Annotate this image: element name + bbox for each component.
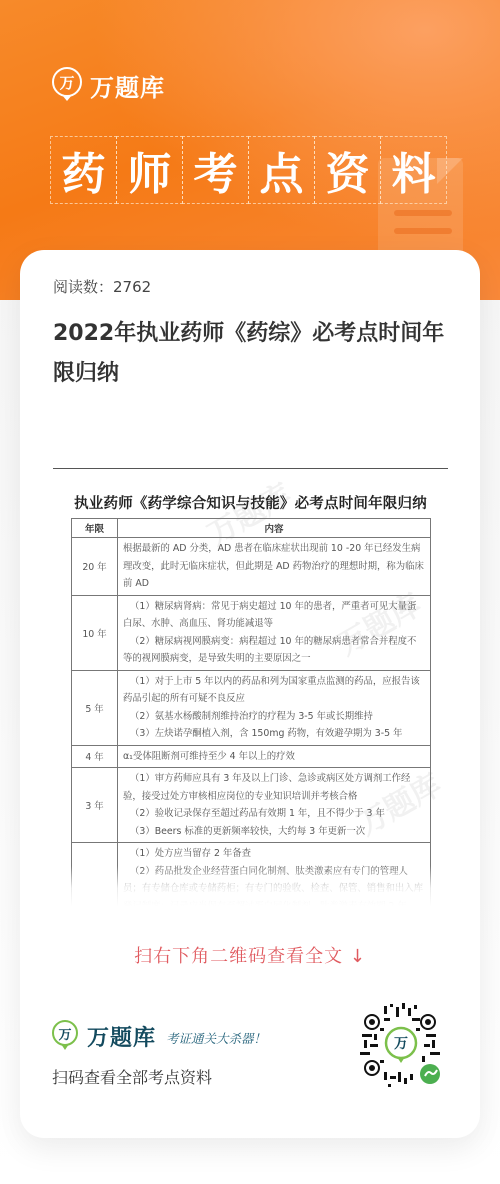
content-item: （2）验收记录保存至超过药品有效期 1 年，且不得少于 3 年 <box>123 805 425 823</box>
article-title: 2022年执业药师《药综》必考点时间年限归纳 <box>53 314 453 394</box>
table-row: 20 年 根据最新的 AD 分类，AD 患者在临床症状出现前 10 -20 年已… <box>72 538 431 596</box>
content-item: （2）糖尿病视网膜病变：病程超过 10 年的糖尿病患者常合并程度不等的视网膜病变… <box>123 633 425 668</box>
year-cell: 5 年 <box>72 670 118 745</box>
content-item: （3）左炔诺孕酮植入剂，含 150mg 药物，有效避孕期为 3-5 年 <box>123 725 425 743</box>
table-row: 10 年 （1）糖尿病肾病：常见于病史超过 10 年的患者，严重者可见大量蛋白尿… <box>72 595 431 670</box>
column-header-year: 年限 <box>72 519 118 538</box>
content-item: 根据最新的 AD 分类，AD 患者在临床症状出现前 10 -20 年已经发生病理… <box>123 540 425 593</box>
hero-title: 药 师 考 点 资 料 <box>50 136 446 204</box>
footer-brand: 万 万题库 考证通关大杀器！ <box>52 1020 266 1052</box>
content-item: （1）处方应当留存 2 年备查 <box>123 845 425 863</box>
hero-title-char: 师 <box>116 136 183 204</box>
column-header-content: 内容 <box>118 519 431 538</box>
divider <box>53 468 448 469</box>
content-item: （2）氨基水杨酸制剂维持治疗的疗程为 3-5 年或长期维持 <box>123 708 425 726</box>
qr-center-glyph: 万 <box>394 1036 408 1052</box>
content-item: （3）Beers 标准的更新频率较快，大约每 3 年更新一次 <box>123 823 425 841</box>
content-item: （1）对于上市 5 年以内的药品和列为国家重点监测的药品，应报告该药品引起的所有… <box>123 673 425 708</box>
mini-program-icon <box>420 1064 440 1084</box>
table-row: 4 年 α₁受体阻断剂可维持至少 4 年以上的疗效 <box>72 745 431 768</box>
scan-qr-hint: 扫右下角二维码查看全文 ↓ <box>20 942 480 968</box>
hero-title-char: 资 <box>314 136 381 204</box>
table-row: 3 年 （1）审方药师应具有 3 年及以上门诊、急诊或病区处方调剂工作经验，接受… <box>72 768 431 843</box>
hero-title-char: 料 <box>380 136 447 204</box>
read-count-value: 2762 <box>113 278 151 296</box>
brand-name: 万题库 <box>90 68 165 103</box>
article-card: 阅读数：2762 2022年执业药师《药综》必考点时间年限归纳 万题库 万题库 … <box>20 250 480 1138</box>
hero-title-char: 药 <box>50 136 117 204</box>
footer-brand-name: 万题库 <box>87 1021 156 1052</box>
footer-subtitle: 扫码查看全部考点资料 <box>52 1065 212 1088</box>
hero-title-char: 点 <box>248 136 315 204</box>
year-cell: 3 年 <box>72 768 118 843</box>
document-preview: 万题库 万题库 万题库 执业药师《药学综合知识与技能》必考点时间年限归纳 年限 … <box>53 470 448 906</box>
document-heading: 执业药师《药学综合知识与技能》必考点时间年限归纳 <box>53 492 448 513</box>
year-cell: 4 年 <box>72 745 118 768</box>
content-cell: 根据最新的 AD 分类，AD 患者在临床症状出现前 10 -20 年已经发生病理… <box>118 538 431 596</box>
content-cell: （1）糖尿病肾病：常见于病史超过 10 年的患者，严重者可见大量蛋白尿、水肿、高… <box>118 595 431 670</box>
years-table: 年限 内容 20 年 根据最新的 AD 分类，AD 患者在临床症状出现前 10 … <box>71 518 431 906</box>
content-cell: α₁受体阻断剂可维持至少 4 年以上的疗效 <box>118 745 431 768</box>
content-item: α₁受体阻断剂可维持至少 4 年以上的疗效 <box>123 748 425 766</box>
read-count: 阅读数：2762 <box>53 276 151 297</box>
content-cell: （1）对于上市 5 年以内的药品和列为国家重点监测的药品，应报告该药品引起的所有… <box>118 670 431 745</box>
brand-header: 万 万题库 <box>52 67 165 103</box>
read-count-label: 阅读数： <box>53 278 113 296</box>
table-row: 5 年 （1）对于上市 5 年以内的药品和列为国家重点监测的药品，应报告该药品引… <box>72 670 431 745</box>
year-cell: 20 年 <box>72 538 118 596</box>
content-item: （1）糖尿病肾病：常见于病史超过 10 年的患者，严重者可见大量蛋白尿、水肿、高… <box>123 598 425 633</box>
content-cell: （1）审方药师应具有 3 年及以上门诊、急诊或病区处方调剂工作经验，接受过处方审… <box>118 768 431 843</box>
year-cell: 10 年 <box>72 595 118 670</box>
footer-slogan: 考证通关大杀器！ <box>166 1029 266 1047</box>
content-item: （1）审方药师应具有 3 年及以上门诊、急诊或病区处方调剂工作经验，接受过处方审… <box>123 770 425 805</box>
brand-logo-icon: 万 <box>52 1020 80 1052</box>
preview-fade <box>53 866 448 906</box>
hero-title-char: 考 <box>182 136 249 204</box>
brand-logo-icon: 万 <box>52 67 84 103</box>
mini-program-qr-code[interactable]: 万 <box>354 998 448 1092</box>
